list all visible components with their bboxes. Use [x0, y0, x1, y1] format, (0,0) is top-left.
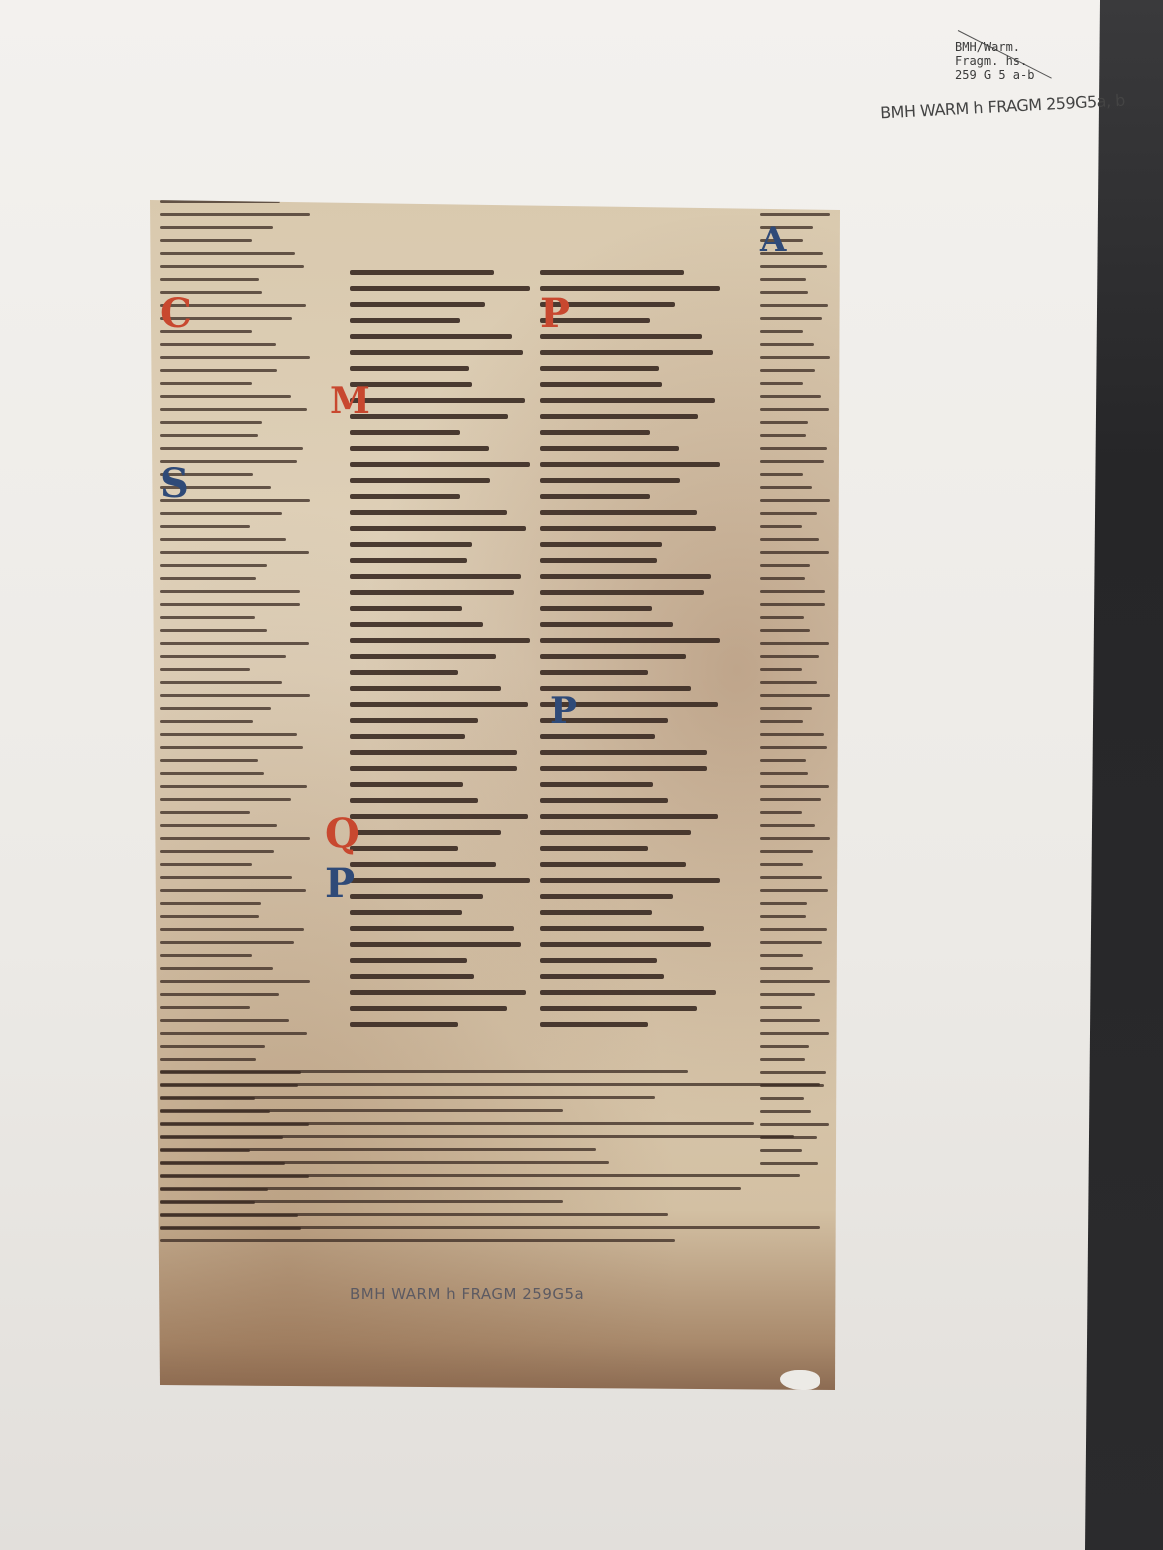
text-line [160, 980, 310, 983]
text-line [350, 942, 521, 947]
text-line [760, 798, 821, 801]
main-text-column-1 [350, 270, 530, 1030]
initial-red-q: Q [325, 810, 360, 857]
text-line [760, 291, 808, 294]
text-line [160, 733, 297, 736]
initial-red-m: M [330, 380, 370, 422]
text-line [760, 395, 821, 398]
text-line [760, 850, 813, 853]
text-line [350, 334, 512, 339]
initial-blue-s: S [160, 460, 189, 507]
text-line [160, 1032, 307, 1035]
text-line [540, 606, 652, 611]
text-line [160, 1239, 675, 1242]
label-line-1: BMH/Warm. [955, 40, 1020, 54]
text-line [760, 863, 803, 866]
text-line [160, 1019, 289, 1022]
text-line [160, 278, 259, 281]
text-line [540, 862, 686, 867]
text-line [160, 590, 300, 593]
text-line [540, 942, 711, 947]
text-line [760, 551, 829, 554]
text-line [350, 414, 508, 419]
text-line [160, 1058, 256, 1061]
text-line [540, 398, 715, 403]
text-line [760, 447, 827, 450]
text-line [760, 1006, 802, 1009]
typed-shelfmark-label: BMH/Warm. Fragm. hs. 259 G 5 a-b [955, 40, 1034, 82]
text-line [540, 782, 653, 787]
text-line [350, 782, 463, 787]
text-line [760, 837, 830, 840]
text-line [160, 785, 307, 788]
text-line [160, 798, 291, 801]
text-line [160, 603, 300, 606]
text-line [160, 759, 258, 762]
text-line [350, 286, 530, 291]
text-line [760, 1019, 820, 1022]
text-line [350, 766, 517, 771]
text-line [160, 1135, 794, 1138]
text-line [160, 1187, 741, 1190]
text-line [350, 846, 458, 851]
text-line [350, 718, 478, 723]
text-line [350, 926, 514, 931]
manuscript-fragment: C S M Q P P A P [150, 190, 840, 1390]
text-line [350, 494, 460, 499]
text-line [160, 772, 264, 775]
text-line [760, 824, 815, 827]
text-line [760, 772, 808, 775]
text-line [160, 265, 304, 268]
text-line [160, 512, 282, 515]
text-line [760, 1032, 829, 1035]
text-line [160, 993, 279, 996]
text-line [540, 1022, 648, 1027]
text-line [160, 239, 252, 242]
text-line [160, 577, 256, 580]
text-line [160, 642, 309, 645]
text-line [760, 369, 815, 372]
text-line [540, 510, 697, 515]
text-line [350, 798, 478, 803]
text-line [350, 574, 521, 579]
text-line [160, 382, 252, 385]
text-line [160, 889, 306, 892]
text-line [760, 382, 803, 385]
text-line [160, 967, 273, 970]
text-line [540, 494, 650, 499]
text-line [160, 1083, 820, 1086]
text-line [760, 538, 819, 541]
text-line [540, 542, 662, 547]
text-line [160, 1006, 250, 1009]
text-line [350, 974, 474, 979]
text-line [760, 629, 810, 632]
text-line [350, 1022, 458, 1027]
text-line [160, 1122, 754, 1125]
text-line [350, 462, 530, 467]
text-line [350, 686, 501, 691]
text-line [540, 414, 698, 419]
text-line [760, 811, 802, 814]
text-line [540, 590, 704, 595]
text-line [160, 941, 294, 944]
initial-red-c: C [160, 290, 192, 337]
text-line [160, 356, 310, 359]
text-line [760, 642, 829, 645]
text-line [160, 369, 277, 372]
text-line [760, 720, 803, 723]
text-line [760, 785, 829, 788]
text-line [760, 343, 814, 346]
text-line [540, 990, 716, 995]
gloss-right-column [760, 200, 830, 1200]
text-line [350, 302, 485, 307]
text-line [160, 837, 310, 840]
text-line [350, 558, 467, 563]
text-line [350, 638, 530, 643]
text-line [160, 746, 303, 749]
text-line [760, 707, 812, 710]
text-line [160, 1200, 563, 1203]
text-line [160, 1161, 609, 1164]
text-line [160, 1045, 265, 1048]
text-line [540, 574, 711, 579]
text-line [760, 278, 806, 281]
text-line [350, 270, 494, 275]
text-line [350, 430, 460, 435]
text-line [350, 894, 483, 899]
text-line [760, 330, 803, 333]
text-line [350, 878, 530, 883]
text-line [760, 980, 830, 983]
text-line [160, 668, 250, 671]
text-line [350, 670, 458, 675]
text-line [760, 889, 828, 892]
text-line [540, 846, 648, 851]
text-line [350, 654, 496, 659]
text-line [350, 510, 507, 515]
text-line [540, 478, 680, 483]
text-line [350, 910, 462, 915]
text-line [760, 317, 822, 320]
text-line [540, 270, 684, 275]
text-line [160, 616, 255, 619]
text-line [760, 564, 810, 567]
text-line [760, 902, 807, 905]
text-line [160, 1174, 800, 1177]
text-line [160, 863, 252, 866]
text-line [540, 910, 652, 915]
text-line [540, 814, 718, 819]
text-line [760, 473, 803, 476]
text-line [160, 954, 252, 957]
text-line [760, 668, 802, 671]
initial-blue-p: P [325, 860, 355, 907]
text-line [350, 958, 467, 963]
text-line [350, 318, 460, 323]
text-line [760, 525, 802, 528]
text-line [540, 382, 662, 387]
text-line [540, 1006, 697, 1011]
text-line [160, 681, 282, 684]
text-line [760, 1058, 805, 1061]
text-line [760, 954, 803, 957]
text-line [760, 616, 804, 619]
text-line [160, 525, 250, 528]
label-line-3: 259 G 5 a-b [955, 68, 1034, 82]
text-line [760, 408, 829, 411]
text-line [540, 350, 713, 355]
text-line [160, 408, 307, 411]
text-line [350, 590, 514, 595]
initial-blue-p-2: P [550, 690, 577, 732]
text-line [350, 702, 528, 707]
text-line [160, 1213, 668, 1216]
text-line [160, 902, 261, 905]
text-line [760, 512, 817, 515]
text-line [160, 343, 276, 346]
label-line-2: Fragm. hs. [955, 54, 1027, 68]
text-line [540, 654, 686, 659]
text-line [760, 265, 827, 268]
text-line [350, 542, 472, 547]
text-line [760, 486, 812, 489]
initial-red-p: P [540, 290, 570, 337]
text-line [760, 993, 815, 996]
handwritten-shelfmark-parchment: BMH WARM h FRAGM 259G5a [350, 1285, 584, 1303]
text-line [760, 967, 813, 970]
text-line [350, 830, 501, 835]
gloss-bottom [160, 1070, 820, 1260]
text-line [160, 1226, 820, 1229]
text-line [540, 558, 657, 563]
text-line [160, 1070, 688, 1073]
text-line [160, 564, 267, 567]
text-line [350, 990, 526, 995]
text-line [540, 974, 664, 979]
text-line [350, 862, 496, 867]
text-line [160, 707, 271, 710]
text-line [160, 876, 292, 879]
text-line [160, 447, 303, 450]
text-line [540, 638, 720, 643]
text-line [350, 814, 528, 819]
text-line [760, 577, 805, 580]
text-line [160, 1109, 563, 1112]
text-line [350, 734, 465, 739]
text-line [760, 590, 825, 593]
text-line [760, 941, 822, 944]
text-line [160, 720, 253, 723]
text-line [540, 670, 648, 675]
text-line [540, 446, 679, 451]
text-line [760, 759, 806, 762]
text-line [160, 551, 309, 554]
text-line [350, 478, 490, 483]
text-line [160, 1096, 655, 1099]
initial-blue-a: A [760, 220, 786, 260]
text-line [760, 356, 830, 359]
text-line [160, 252, 295, 255]
text-line [160, 434, 258, 437]
text-line [160, 226, 273, 229]
text-line [160, 928, 304, 931]
text-line [760, 1045, 809, 1048]
parchment-tear [780, 1370, 820, 1390]
text-line [160, 694, 310, 697]
text-line [760, 746, 827, 749]
text-line [350, 622, 483, 627]
text-line [540, 878, 720, 883]
text-line [760, 655, 819, 658]
text-line [350, 526, 526, 531]
text-line [540, 526, 716, 531]
text-line [760, 876, 822, 879]
text-line [160, 655, 286, 658]
text-line [540, 894, 673, 899]
text-line [350, 606, 462, 611]
text-line [760, 499, 830, 502]
text-line [350, 350, 523, 355]
text-line [760, 213, 830, 216]
text-line [350, 446, 489, 451]
text-line [160, 629, 267, 632]
text-line [540, 622, 673, 627]
text-line [540, 366, 659, 371]
text-line [760, 603, 825, 606]
text-line [760, 733, 824, 736]
text-line [540, 926, 704, 931]
text-line [540, 798, 668, 803]
text-line [540, 750, 707, 755]
text-line [760, 681, 817, 684]
text-line [760, 304, 828, 307]
text-line [350, 366, 469, 371]
text-line [760, 694, 830, 697]
main-text-column-2 [540, 270, 720, 1030]
text-line [760, 928, 827, 931]
text-line [760, 460, 824, 463]
text-line [160, 213, 310, 216]
text-line [160, 421, 262, 424]
text-line [160, 395, 291, 398]
text-line [160, 811, 250, 814]
text-line [160, 915, 259, 918]
text-line [540, 462, 720, 467]
text-line [350, 1006, 507, 1011]
text-line [350, 398, 525, 403]
text-line [160, 1148, 596, 1151]
text-line [160, 538, 286, 541]
text-line [160, 824, 277, 827]
text-line [760, 915, 806, 918]
text-line [540, 766, 707, 771]
text-line [540, 958, 657, 963]
text-line [760, 434, 806, 437]
text-line [350, 750, 517, 755]
text-line [540, 830, 691, 835]
text-line [760, 421, 808, 424]
text-line [540, 734, 655, 739]
text-line [540, 430, 650, 435]
text-line [160, 850, 274, 853]
